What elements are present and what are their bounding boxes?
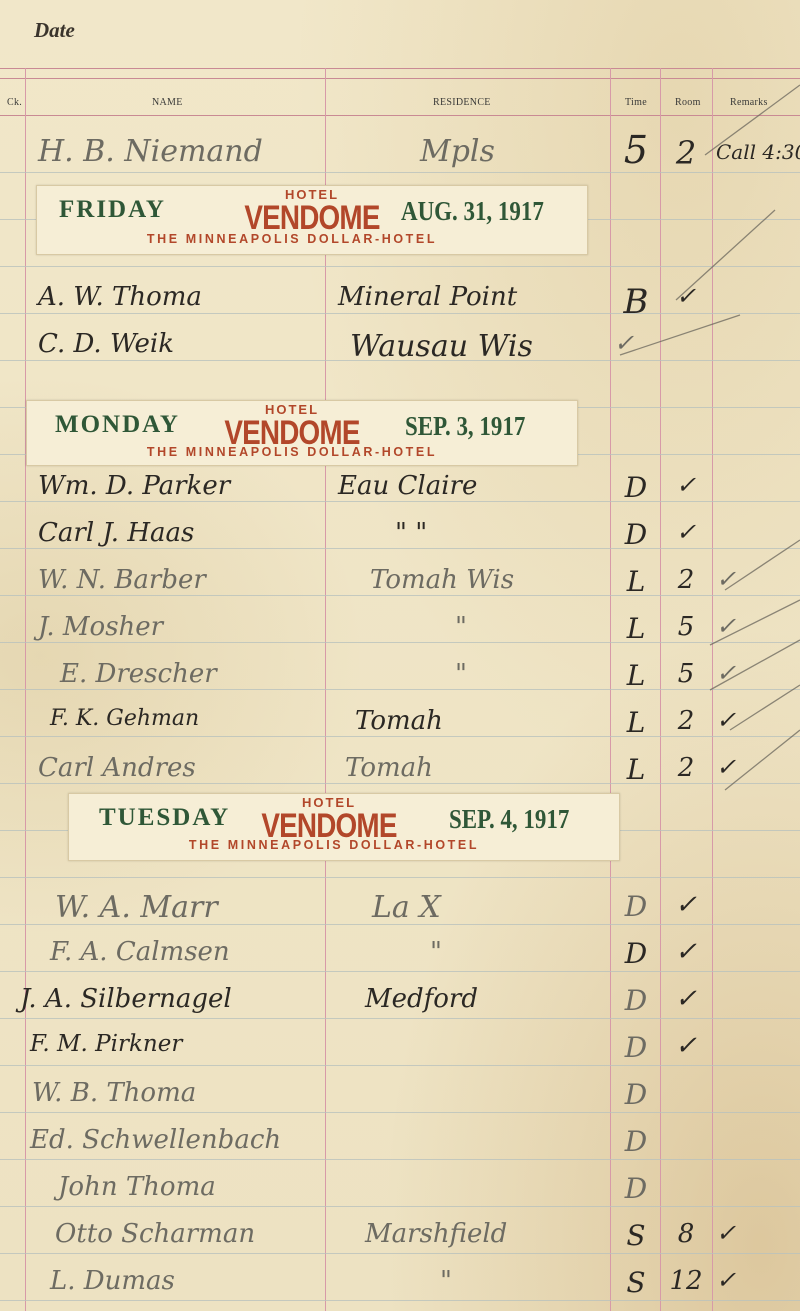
pencil-check-strokes — [0, 0, 800, 1311]
register-page: Date Ck. NAME RESIDENCE Time Room Remark… — [0, 0, 800, 1311]
